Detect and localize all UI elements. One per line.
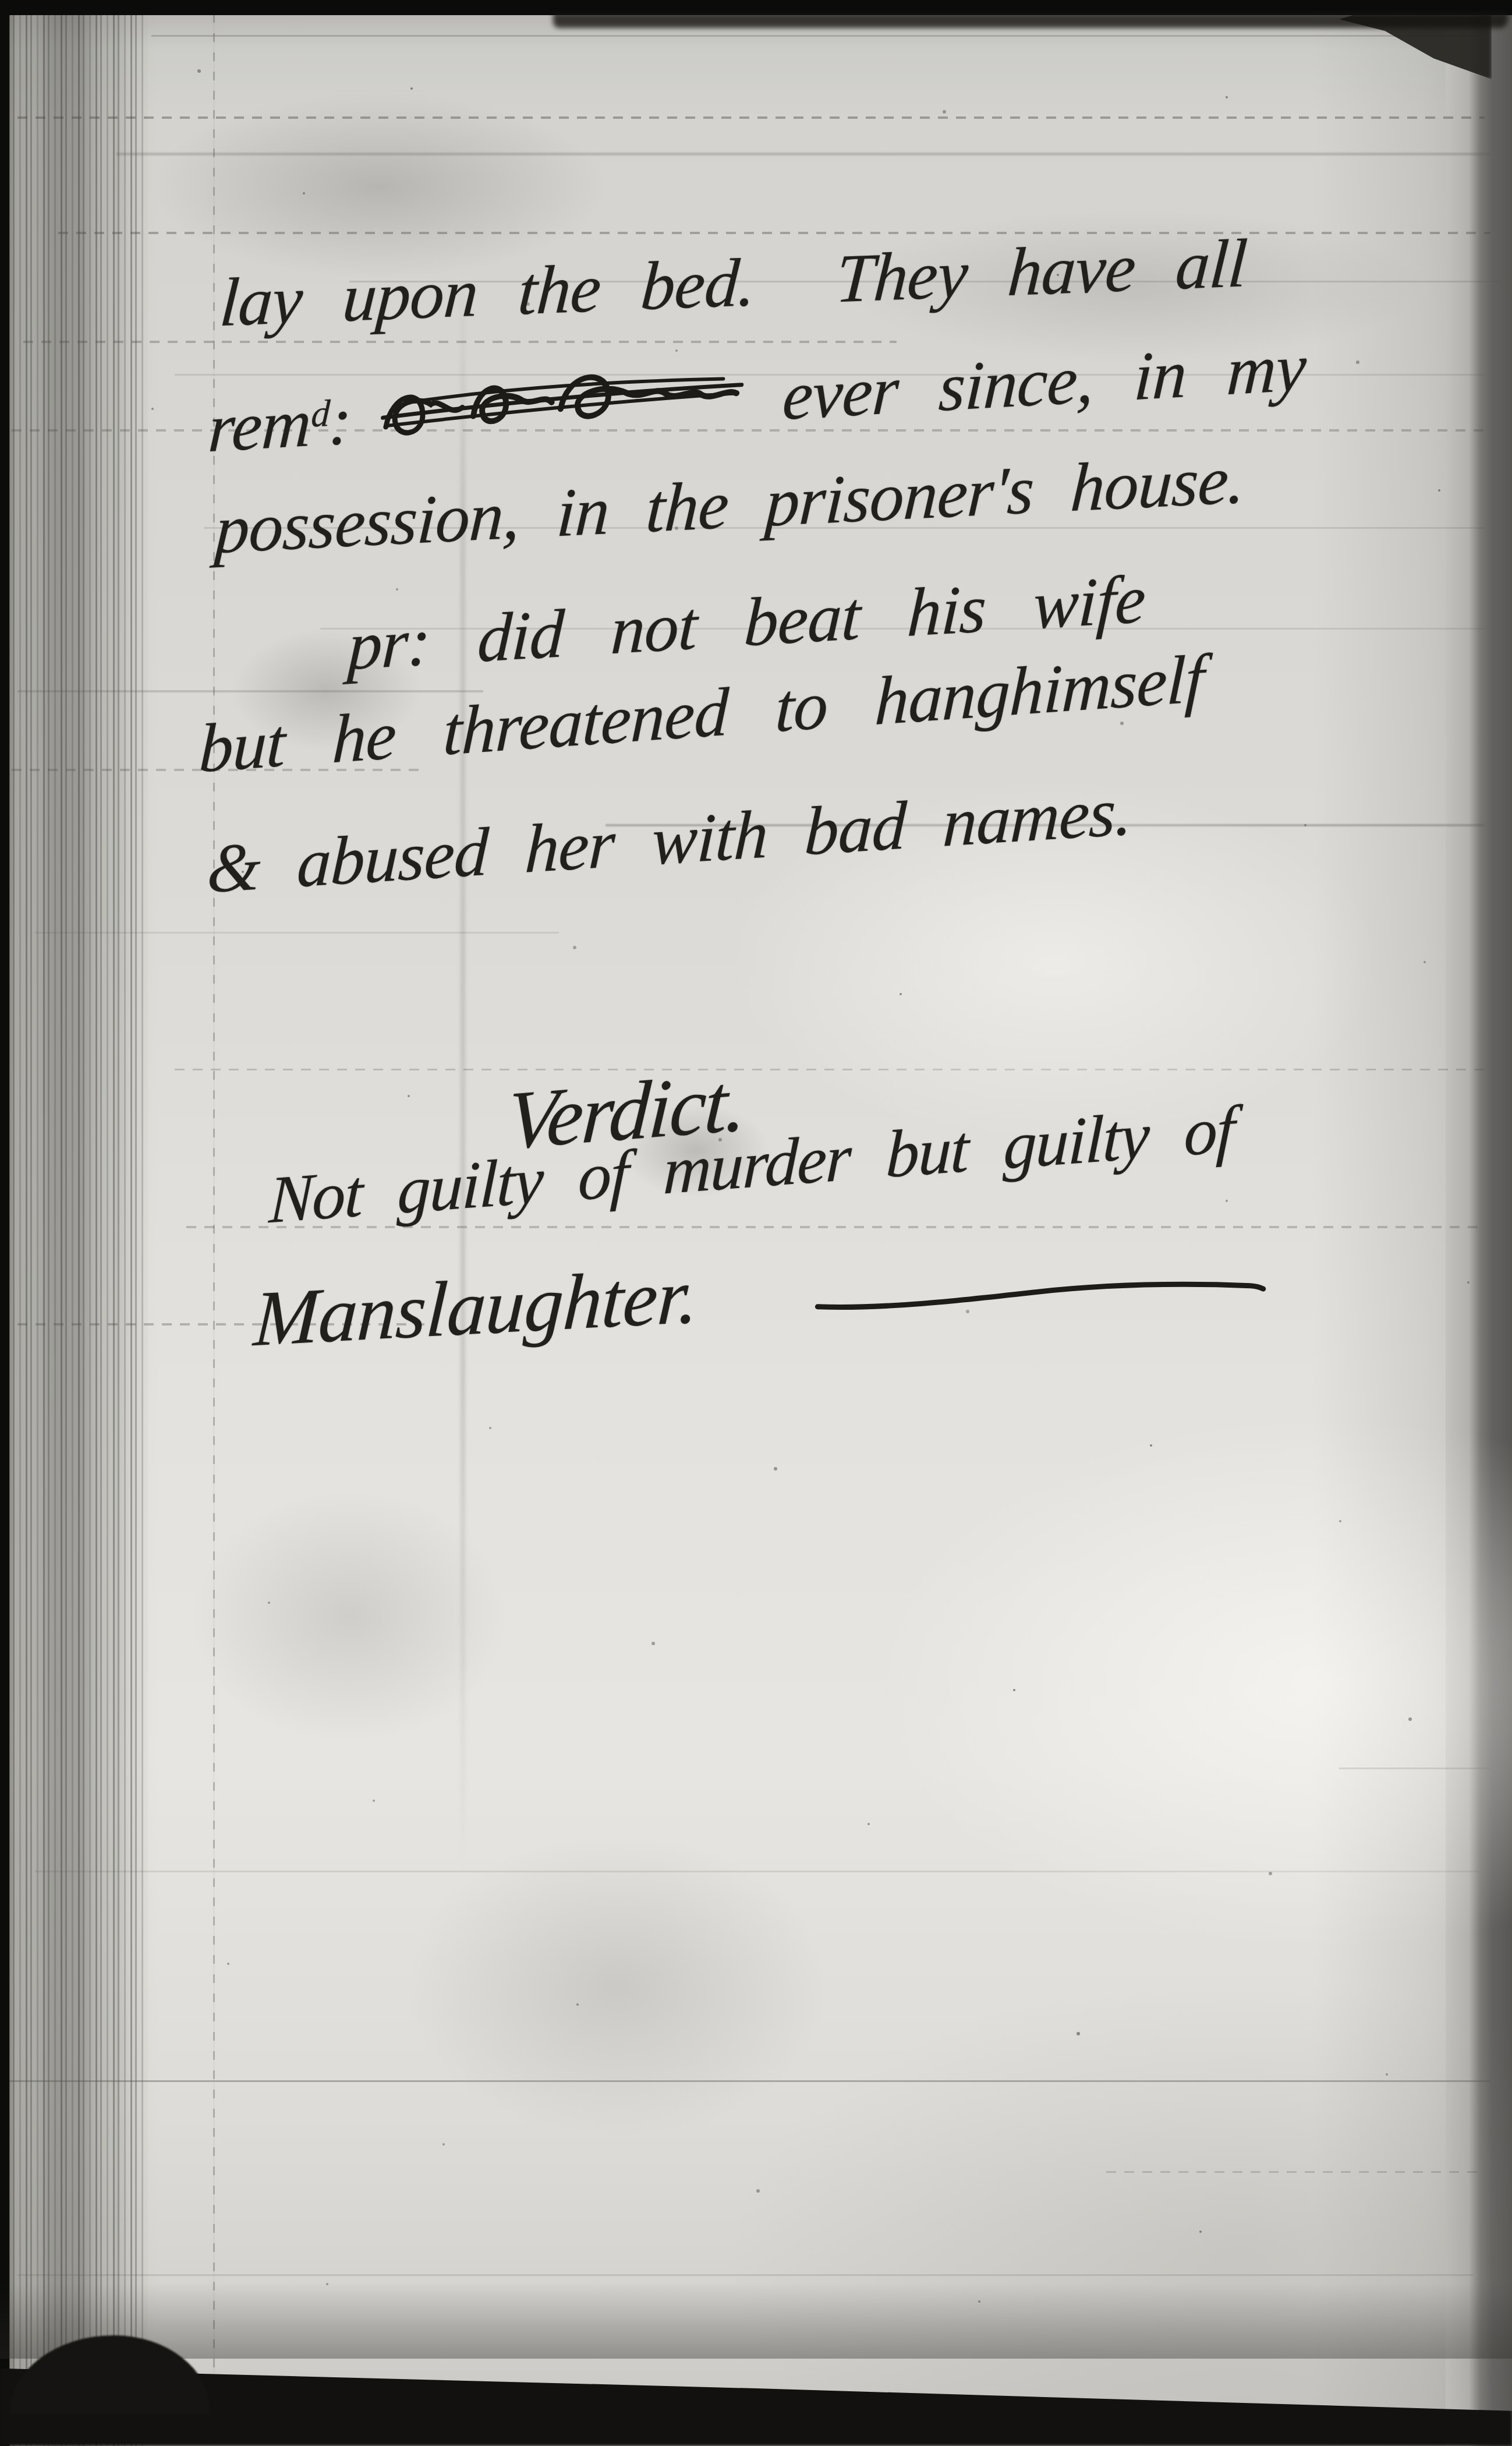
- bottom-shadow-soft: [0, 2283, 1512, 2359]
- top-scan-bar-shadow: [553, 13, 1508, 28]
- ink-line-2-rem: remd:: [207, 381, 353, 468]
- superscript-d: d: [310, 393, 331, 436]
- manuscript-scan: lay upon the bed. They have all remd: ev…: [0, 0, 1512, 2446]
- left-scan-bar: [0, 0, 9, 2446]
